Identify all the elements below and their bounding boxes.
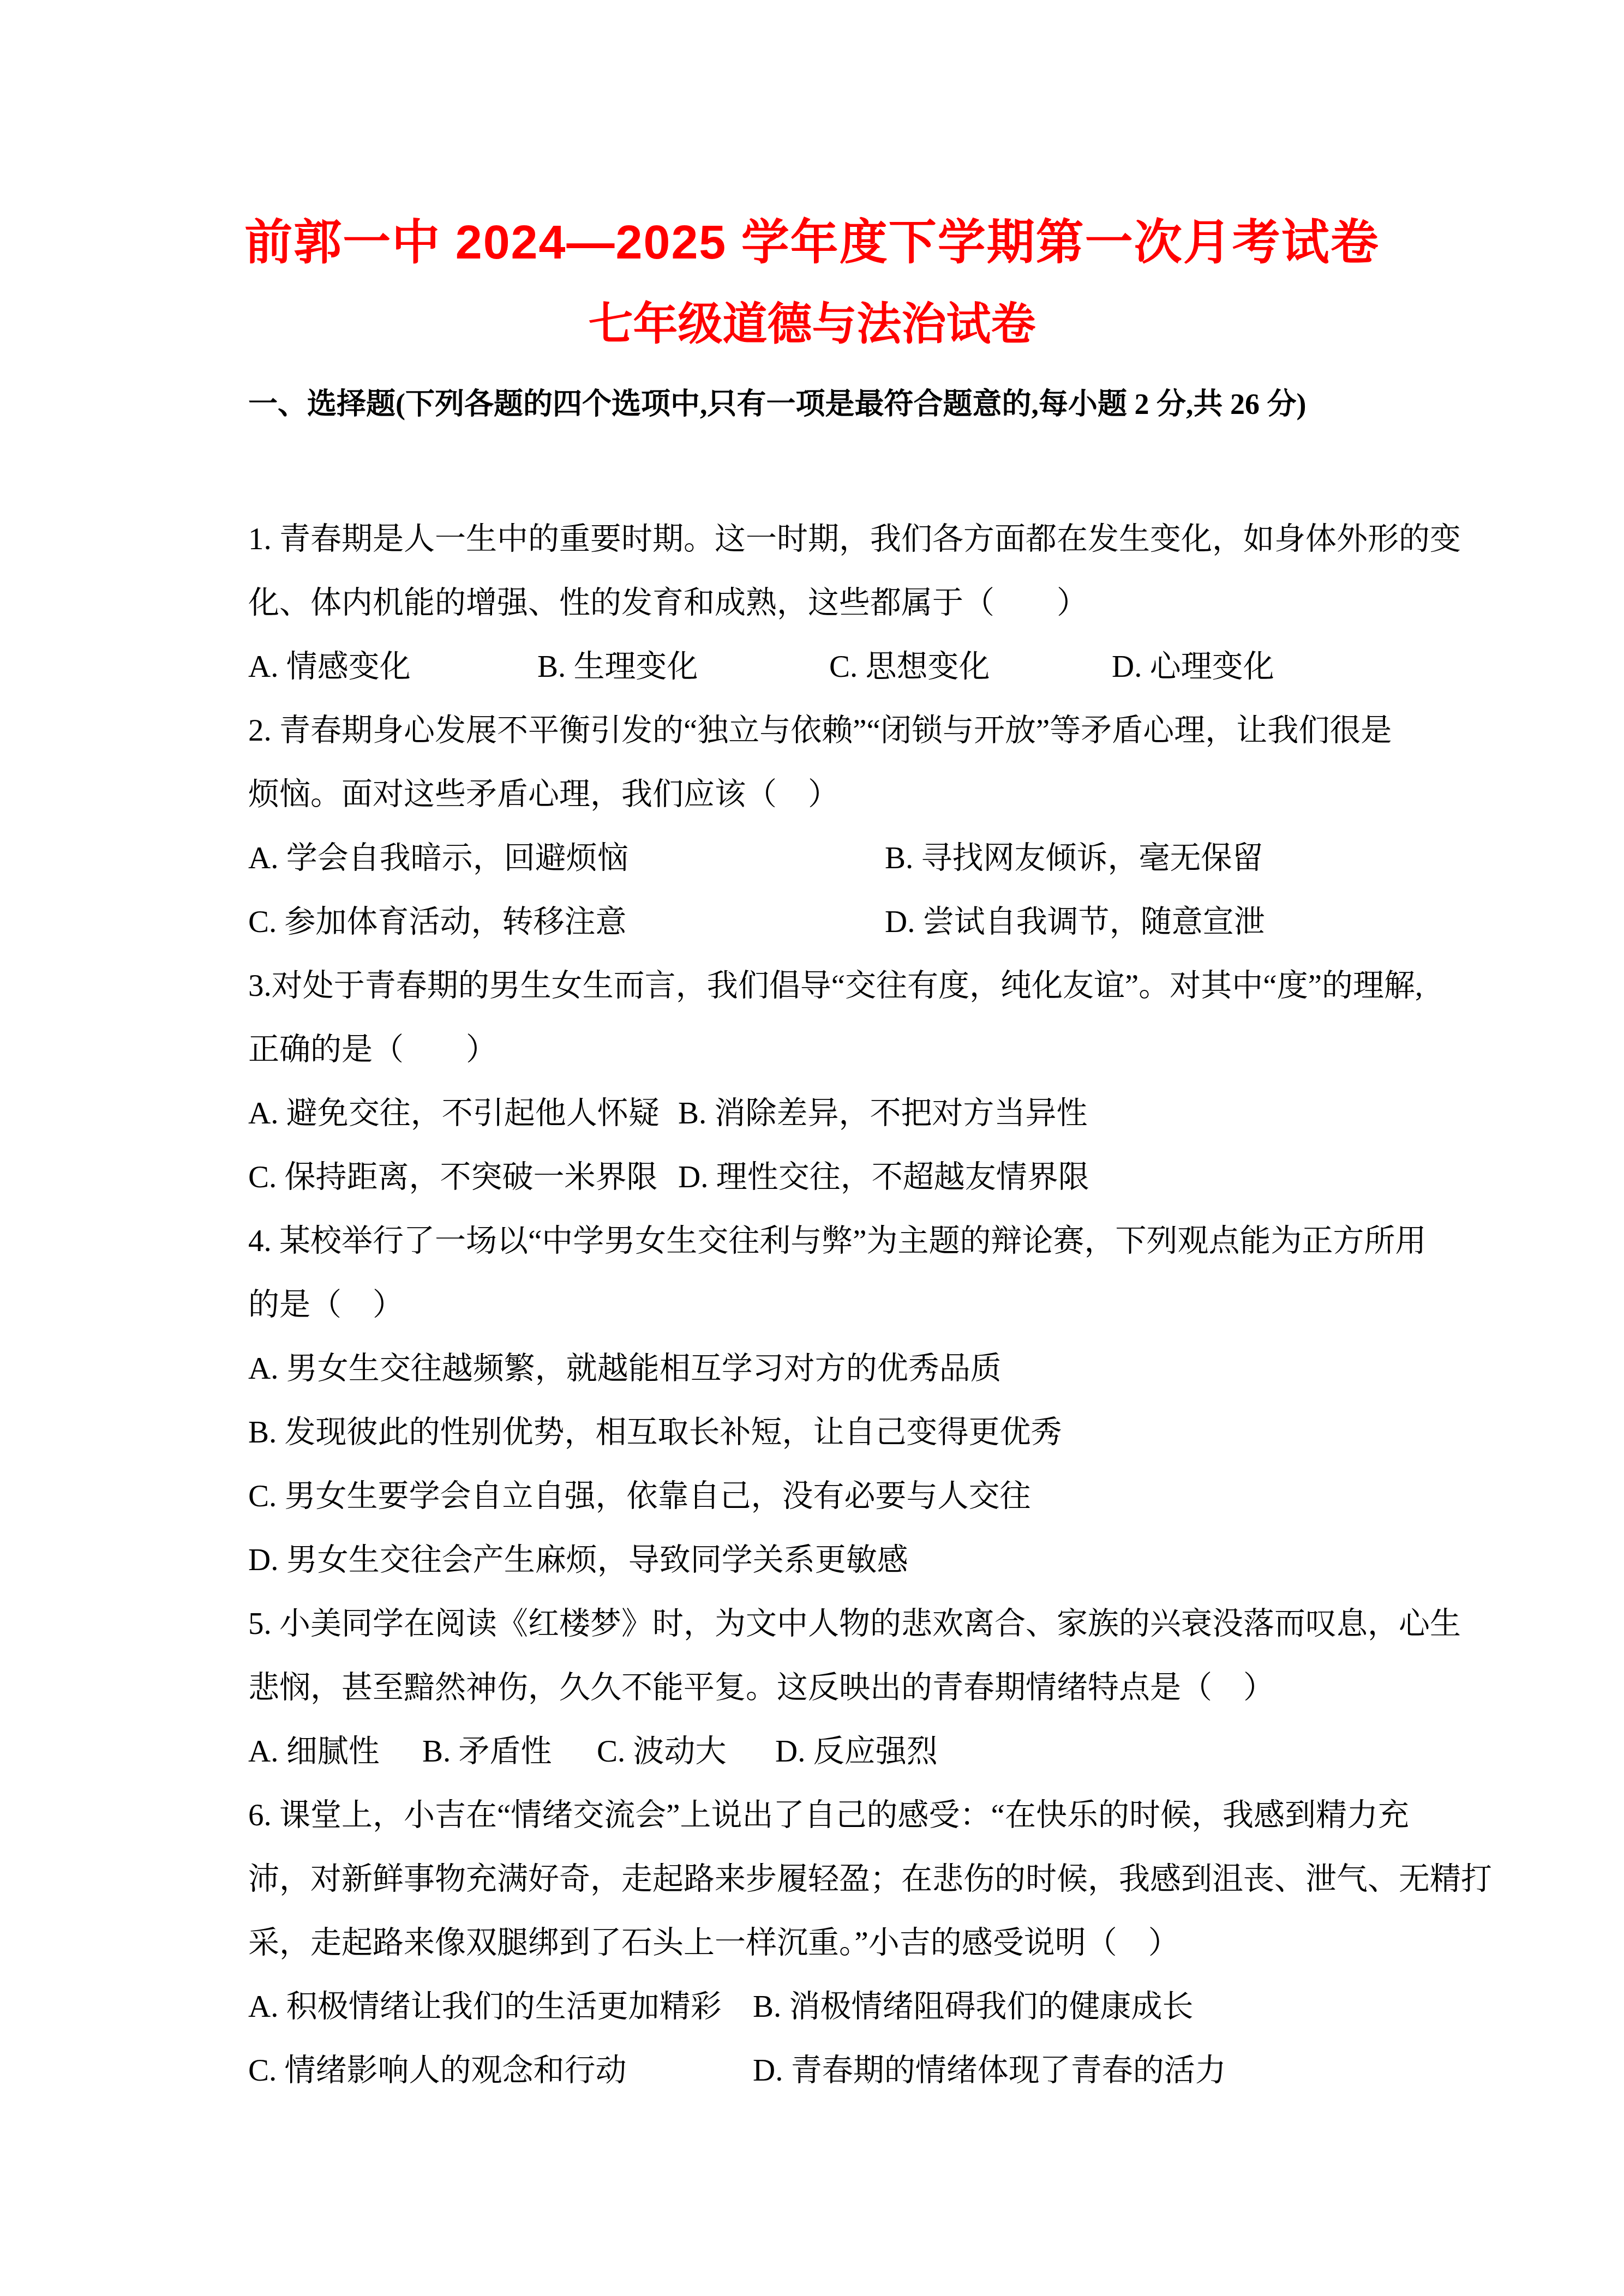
question-2-stem-line-1: 2. 青春期身心发展不平衡引发的“独立与依赖”“闭锁与开放”等矛盾心理，让我们很… (248, 699, 1406, 762)
question-4-option-b: B. 发现彼此的性别优势，相互取长补短，让自己变得更优秀 (248, 1401, 1406, 1464)
question-6-stem-line-3: 采，走起路来像双腿绑到了石头上一样沉重。”小吉的感受说明（ ） (248, 1911, 1406, 1975)
section-1-header: 一、选择题(下列各题的四个选项中,只有一项是最符合题意的,每小题 2 分,共 2… (248, 387, 1406, 421)
question-5-stem-line-2: 悲悯，甚至黯然神伤，久久不能平复。这反映出的青春期情绪特点是（ ） (248, 1656, 1406, 1720)
question-3-stem-line-1: 3.对处于青春期的男生女生而言，我们倡导“交往有度，纯化友谊”。对其中“度”的理… (248, 954, 1406, 1018)
question-6-options-row-1: A. 积极情绪让我们的生活更加精彩 B. 消极情绪阻碍我们的健康成长 (248, 1975, 1406, 2039)
question-2-options-row-2: C. 参加体育活动，转移注意 D. 尝试自我调节，随意宣泄 (248, 890, 1406, 954)
question-1-stem-line-2: 化、体内机能的增强、性的发育和成熟，这些都属于（ ） (248, 571, 1406, 635)
question-2-options-row-1: A. 学会自我暗示，回避烦恼 B. 寻找网友倾诉，毫无保留 (248, 826, 1406, 890)
question-3-options-row-1: A. 避免交往，不引起他人怀疑 B. 消除差异，不把对方当异性 (248, 1081, 1406, 1145)
question-2-option-c: C. 参加体育活动，转移注意 (248, 890, 885, 954)
question-1-options-row: A. 情感变化 B. 生理变化 C. 思想变化 D. 心理变化 (248, 635, 1406, 699)
question-6-option-b: B. 消极情绪阻碍我们的健康成长 (753, 1975, 1406, 2039)
question-6-option-d: D. 青春期的情绪体现了青春的活力 (753, 2039, 1406, 2102)
question-4-option-c: C. 男女生要学会自立自强，依靠自己，没有必要与人交往 (248, 1464, 1406, 1528)
question-5-stem-line-1: 5. 小美同学在阅读《红楼梦》时，为文中人物的悲欢离合、家族的兴衰没落而叹息，心… (248, 1592, 1406, 1656)
question-3-option-c: C. 保持距离，不突破一米界限 (248, 1145, 678, 1209)
question-1-stem-line-1: 1. 青春期是人一生中的重要时期。这一时期，我们各方面都在发生变化，如身体外形的… (248, 507, 1406, 571)
question-3-stem-line-2: 正确的是（ ） (248, 1018, 1406, 1081)
question-1-option-b: B. 生理变化 (537, 635, 829, 699)
question-4-stem-line-2: 的是（ ） (248, 1273, 1406, 1337)
question-6-stem-line-1: 6. 课堂上，小吉在“情绪交流会”上说出了自己的感受：“在快乐的时候，我感到精力… (248, 1783, 1406, 1847)
question-4-stem-line-1: 4. 某校举行了一场以“中学男女生交往利与弊”为主题的辩论赛，下列观点能为正方所… (248, 1209, 1406, 1273)
question-5-option-b: B. 矛盾性 (422, 1720, 597, 1783)
question-2-option-a: A. 学会自我暗示，回避烦恼 (248, 826, 885, 890)
question-3-option-d: D. 理性交往，不超越友情界限 (678, 1145, 1406, 1209)
exam-document-page: 前郭一中 2024—2025 学年度下学期第一次月考试卷 七年级道德与法治试卷 … (0, 0, 1624, 2296)
question-3-options-row-2: C. 保持距离，不突破一米界限 D. 理性交往，不超越友情界限 (248, 1145, 1406, 1209)
question-3-option-a: A. 避免交往，不引起他人怀疑 (248, 1081, 678, 1145)
exam-title: 前郭一中 2024—2025 学年度下学期第一次月考试卷 (0, 218, 1624, 266)
question-2-option-d: D. 尝试自我调节，随意宣泄 (885, 890, 1406, 954)
question-6-option-c: C. 情绪影响人的观念和行动 (248, 2039, 753, 2102)
question-5-options-row: A. 细腻性 B. 矛盾性 C. 波动大 D. 反应强烈 (248, 1720, 1406, 1783)
question-2-stem-line-2: 烦恼。面对这些矛盾心理，我们应该（ ） (248, 762, 1406, 826)
question-5-option-d: D. 反应强烈 (775, 1720, 1406, 1783)
question-6-stem-line-2: 沛，对新鲜事物充满好奇，走起路来步履轻盈；在悲伤的时候，我感到沮丧、泄气、无精打 (248, 1847, 1406, 1911)
question-1-option-d: D. 心理变化 (1112, 635, 1406, 699)
question-6-options-row-2: C. 情绪影响人的观念和行动 D. 青春期的情绪体现了青春的活力 (248, 2039, 1406, 2102)
question-3-option-b: B. 消除差异，不把对方当异性 (678, 1081, 1406, 1145)
question-6-option-a: A. 积极情绪让我们的生活更加精彩 (248, 1975, 753, 2039)
exam-subtitle: 七年级道德与法治试卷 (0, 302, 1624, 347)
question-4-option-d: D. 男女生交往会产生麻烦，导致同学关系更敏感 (248, 1528, 1406, 1592)
questions-area: 1. 青春期是人一生中的重要时期。这一时期，我们各方面都在发生变化，如身体外形的… (248, 507, 1406, 2102)
question-5-option-c: C. 波动大 (597, 1720, 775, 1783)
question-2-option-b: B. 寻找网友倾诉，毫无保留 (885, 826, 1406, 890)
question-1-option-c: C. 思想变化 (829, 635, 1112, 699)
question-1-option-a: A. 情感变化 (248, 635, 537, 699)
question-4-option-a: A. 男女生交往越频繁，就越能相互学习对方的优秀品质 (248, 1337, 1406, 1401)
question-5-option-a: A. 细腻性 (248, 1720, 422, 1783)
